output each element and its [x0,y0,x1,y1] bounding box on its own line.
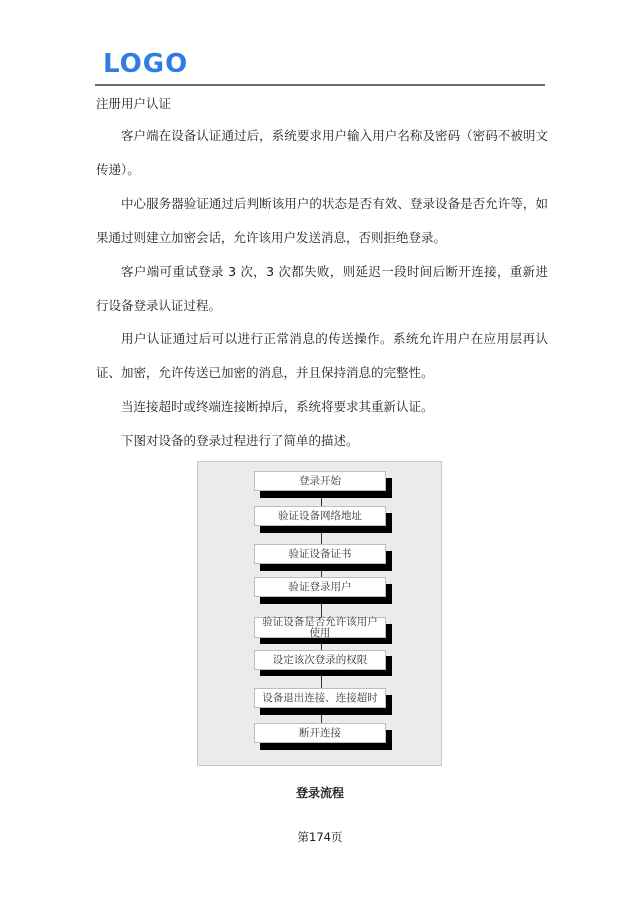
figure-caption: 登录流程 [0,784,640,801]
paragraph-3: 客户端可重试登录 3 次，3 次都失败，则延迟一段时间后断开连接，重新进行设备登… [96,255,548,323]
section-title: 注册用户认证 [96,96,171,112]
paragraph-1: 客户端在设备认证通过后，系统要求用户输入用户名称及密码（密码不被明文传递）。 [96,119,548,187]
flow-step-verify-address: 验证设备网络地址 [254,506,386,526]
flow-step-verify-user: 验证登录用户 [254,577,386,597]
header-divider [95,84,545,86]
flow-step-verify-cert: 验证设备证书 [254,544,386,564]
paragraph-6: 下图对设备的登录过程进行了简单的描述。 [96,424,548,458]
flow-step-disconnect-timeout: 设备退出连接、连接超时 [254,688,386,708]
flow-step-start: 登录开始 [254,471,386,491]
paragraph-2: 中心服务器验证通过后判断该用户的状态是否有效、登录设备是否允许等，如果通过则建立… [96,187,548,255]
page-number: 第174页 [0,829,640,845]
flow-step-disconnect: 断开连接 [254,723,386,743]
logo: LOGO [103,50,188,78]
flow-step-set-permissions: 设定该次登录的权限 [254,650,386,670]
paragraph-5: 当连接超时或终端连接断掉后，系统将要求其重新认证。 [96,390,548,424]
flow-step-verify-permission: 验证设备是否允许该用户使用 [254,617,386,638]
paragraph-4: 用户认证通过后可以进行正常消息的传送操作。系统允许用户在应用层再认证、加密，允许… [96,322,548,390]
